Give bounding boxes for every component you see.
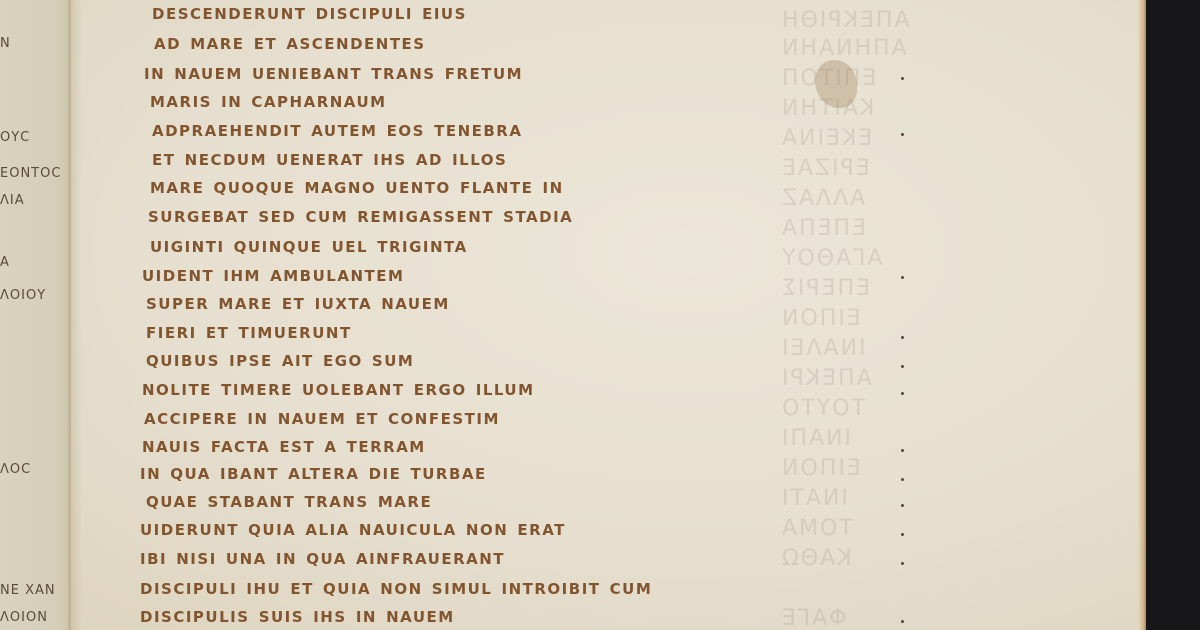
punctuation-dot <box>901 533 904 536</box>
text-line: descenderunt discipuli eius <box>152 0 467 25</box>
text-line: quae stabant trans mare <box>146 488 432 513</box>
text-line: nolite timere uolebant ergo illum <box>142 376 535 401</box>
greek-line: ΛΟΙΟΥ <box>0 288 46 303</box>
punctuation-dot <box>901 392 904 395</box>
text-line: mare quoque magno uento flante in <box>150 174 564 199</box>
text-line: uident ihm ambulantem <box>142 262 404 287</box>
greek-line: Α <box>0 255 10 270</box>
text-line: super mare et iuxta nauem <box>146 290 450 315</box>
text-line: maris in capharnaum <box>150 88 387 113</box>
text-line: discipuli ihu et quia non simul introibi… <box>140 575 652 600</box>
latin-text-block: descenderunt discipuli eius ad mare et a… <box>138 0 898 630</box>
punctuation-dot <box>901 276 904 279</box>
text-line: nauis facta est a terram <box>142 433 426 458</box>
text-line: fieri et timuerunt <box>146 319 352 344</box>
punctuation-dot <box>901 504 904 507</box>
text-line: accipere in nauem et confestim <box>144 405 500 430</box>
punctuation-dot <box>901 449 904 452</box>
punctuation-dot <box>901 478 904 481</box>
text-line: adpraehendit autem eos tenebra <box>152 117 522 142</box>
punctuation-dot <box>901 336 904 339</box>
greek-line: ΛΙΑ <box>0 193 25 208</box>
greek-line: ΟΥϹ <box>0 130 30 145</box>
text-line: et necdum uenerat ihs ad illos <box>152 146 507 171</box>
background-cloth <box>1140 0 1200 630</box>
greek-line: Ν <box>0 36 11 51</box>
greek-line: ΛΟΙΟΝ <box>0 610 48 625</box>
text-line: discipulis suis ihs in nauem <box>140 603 455 628</box>
gutter-shadow <box>68 0 82 630</box>
text-line: quibus ipse ait ego sum <box>146 347 414 372</box>
punctuation-dot <box>901 620 904 623</box>
manuscript-photo: Ν ΟΥϹ ΕΟΝΤΟϹ ΛΙΑ Α ΛΟΙΟΥ ΛΟϹ ΝΕ ΧΑΝ ΛΟΙΟ… <box>0 0 1200 630</box>
text-line: uiderunt quia alia nauicula non erat <box>140 516 566 541</box>
text-line: in qua ibant altera die turbae <box>140 460 487 485</box>
punctuation-dot <box>901 77 904 80</box>
greek-line: ΕΟΝΤΟϹ <box>0 166 61 181</box>
punctuation-dot <box>901 365 904 368</box>
text-line: uiginti quinque uel triginta <box>150 233 468 258</box>
folio-edge <box>1138 0 1146 630</box>
punctuation-dot <box>901 133 904 136</box>
text-line: ibi nisi una in qua ainfrauerant <box>140 545 505 570</box>
text-line: in nauem ueniebant trans fretum <box>144 60 523 85</box>
greek-facing-page: Ν ΟΥϹ ΕΟΝΤΟϹ ΛΙΑ Α ΛΟΙΟΥ ΛΟϹ ΝΕ ΧΑΝ ΛΟΙΟ… <box>0 0 70 630</box>
greek-line: ΝΕ ΧΑΝ <box>0 583 56 598</box>
greek-line: ΛΟϹ <box>0 462 31 477</box>
text-line: surgebat sed cum remigassent stadia <box>148 203 573 228</box>
punctuation-dot <box>901 562 904 565</box>
text-line: ad mare et ascendentes <box>154 30 426 55</box>
